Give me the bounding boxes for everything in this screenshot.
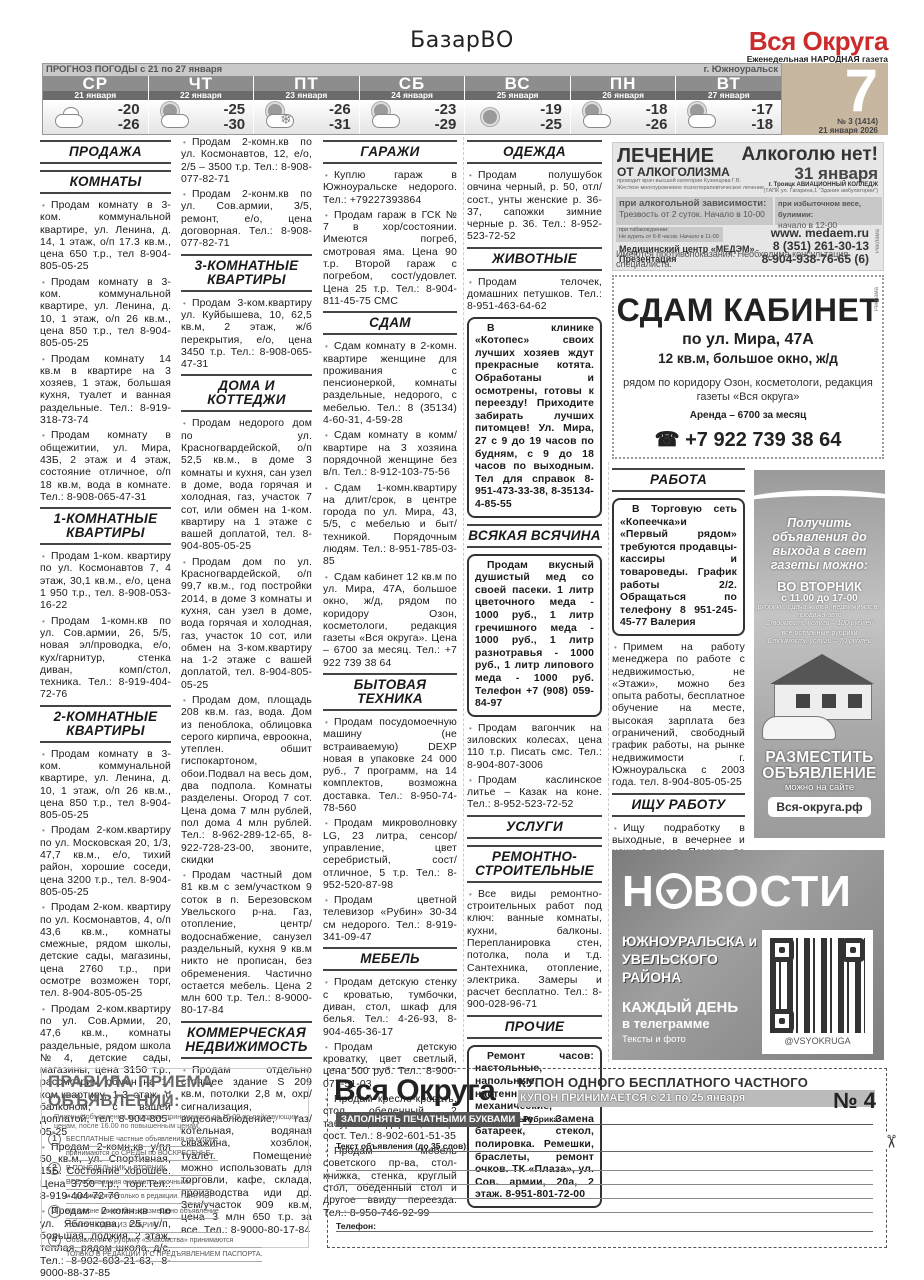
rubric-houses: ДОМА И КОТТЕДЖИ	[181, 374, 312, 412]
coupon-rubric-field[interactable]: Рубрика	[523, 1114, 873, 1125]
classified-ad: Продам 3-ком.квартиру ул. Куйбышева, 10,…	[181, 298, 312, 372]
classified-ad: Продам недорого дом по ул. Красногвардей…	[181, 418, 312, 553]
weather-day-name: СБ	[360, 76, 465, 91]
rent-title: СДАМ КАБИНЕТ	[614, 293, 882, 327]
classified-ad: Сдам кабинет 12 кв.м по ул. Мира, 47А, б…	[323, 572, 457, 670]
rubric-commercial: КОММЕРЧЕСКАЯ НЕДВИЖИМОСТЬ	[181, 1021, 312, 1059]
column-4: ОДЕЖДА Продам полушубок овчина черный, р…	[467, 137, 602, 1214]
coupon-text-label: Текст объявления (до 35 слов):	[336, 1141, 469, 1151]
classified-ad: Продам 2-ком.квартиру по ул. Московская …	[40, 825, 171, 899]
classified-ad: Продам комнату в общежитии, ул. Мира, 43…	[40, 430, 171, 504]
classified-ad: Продам комнату в 3-ком. коммунальной ква…	[40, 749, 171, 823]
rubric-garages: ГАРАЖИ	[323, 140, 457, 164]
weather-day: СБ 24 января -23-29	[360, 76, 466, 134]
weather-day-date: 24 января	[360, 91, 465, 100]
temp-high: -26	[329, 102, 351, 117]
rubric-furniture: МЕБЕЛЬ	[323, 947, 457, 971]
classified-ad: Продам комнату 14 кв.м в квартире на 3 х…	[40, 354, 171, 428]
weather-day: ПН 26 января -18-26	[571, 76, 677, 134]
rule-item: 1 БЕСПЛАТНЫЕ частные объявления на купон…	[48, 1133, 302, 1161]
rubric-appliances: БЫТОВАЯ ТЕХНИКА	[323, 673, 457, 711]
rent-phone: ☎ +7 922 739 38 64	[614, 427, 882, 452]
partly-cloudy-icon	[686, 104, 720, 130]
temp-high: -17	[751, 102, 773, 117]
temp-low: -26	[118, 117, 140, 132]
coupon-logo: Вся Округа	[334, 1074, 495, 1108]
weather-day: СР 21 января -20-26	[43, 76, 149, 134]
coupon-text-line[interactable]	[336, 1212, 873, 1213]
partly-cloudy-icon	[581, 104, 615, 130]
temp-high: -25	[223, 102, 245, 117]
rent-size: 12 кв.м, большое окно, ж/д	[614, 351, 882, 366]
weather-day-date: 22 января	[149, 91, 254, 100]
classified-ad: Продам дом по ул. Красногвардейской, о/п…	[181, 557, 312, 692]
rubric-animals: ЖИВОТНЫЕ	[467, 247, 602, 271]
classified-ad: Все виды ремонтно-строительных работ под…	[467, 889, 602, 1012]
weather-day-name: ВТ	[676, 76, 781, 91]
classified-ad: Продам гараж в ГСК № 7 в хор/состоянии. …	[323, 210, 457, 308]
coupon-phone-field[interactable]: Телефон:	[336, 1221, 873, 1232]
rubric-misc: ВСЯКАЯ ВСЯЧИНА	[467, 524, 602, 548]
classified-ad: Продам посудомоечную машину (не встраива…	[323, 717, 457, 815]
weather-day: ВТ 27 января -17-18	[676, 76, 781, 134]
page-number: 7	[782, 63, 878, 119]
weather-day-name: ПН	[571, 76, 676, 91]
classified-ad: Продам комнату в 3-ком. коммунальной ква…	[40, 277, 171, 351]
snow-icon: ❄	[264, 104, 298, 130]
promo-other: все остальные рубрики	[754, 630, 885, 638]
classified-ad: Примем на работу менеджера по работе с н…	[612, 642, 745, 790]
telegram-icon	[656, 873, 692, 909]
temp-low: -30	[223, 117, 245, 132]
alco-weight-label: при избыточном весе, булимии:	[778, 198, 879, 220]
alco-warning: Имеются противопоказания. Необходима кон…	[616, 249, 883, 269]
classified-ad: Куплю гараж в Южноуральске недорого. Тел…	[323, 170, 457, 207]
classified-ad: Продам 2-конм.кв по ул. Сов.армии, 3/5, …	[181, 189, 312, 250]
weather-day: ПТ 23 января ❄ -26-31	[254, 76, 360, 134]
rubric-work: РАБОТА	[612, 468, 745, 492]
rubric-other: ПРОЧИЕ	[467, 1015, 602, 1039]
column-3: ГАРАЖИ Куплю гараж в Южноуральске недоро…	[323, 137, 457, 1223]
coupon-text-line[interactable]	[336, 1184, 873, 1185]
weather-day: ВС 25 января -19-25	[465, 76, 571, 134]
ad-label: Реклама	[874, 287, 880, 311]
ad-rules: ПРАВИЛА ПРИЕМА ОБЪЯВЛЕНИЙ: Платные объяв…	[41, 1068, 309, 1248]
promo-cta: РАЗМЕСТИТЬ ОБЪЯВЛЕНИЕ	[754, 750, 885, 782]
alco-dependency-label: при алкогольной зависимости:	[619, 198, 770, 209]
promo-site-label: можно на сайте	[754, 782, 885, 793]
issue-number: № 3 (1414)	[782, 117, 878, 126]
ad-promo-early-access: Получить объявления до выхода в свет газ…	[754, 470, 885, 838]
rubric-two-room: 2-КОМНАТНЫЕ КВАРТИРЫ	[40, 705, 171, 743]
temp-low: -18	[751, 117, 773, 132]
column-divider	[463, 137, 464, 1062]
temp-low: -26	[646, 117, 668, 132]
rubric-services: УСЛУГИ	[467, 815, 602, 839]
cloudy-icon	[53, 104, 87, 130]
house-car-illustration	[756, 654, 884, 746]
classified-ad: Продам микроволновку LG, 23 литра, сенсо…	[323, 818, 457, 892]
coupon-text-line[interactable]	[336, 1170, 873, 1171]
boxed-ad-kotopes: В клинике «Котопес» своих лучших хозяев …	[467, 317, 602, 518]
classified-ad: Продам полушубок овчина черный, р. 50, о…	[467, 170, 602, 244]
coupon-text-line[interactable]	[336, 1198, 873, 1199]
rules-intro: Платные объявления во вторник принимаютс…	[54, 1112, 302, 1130]
classified-ad: Продам дом, площадь 208 кв.м. газ, вода.…	[181, 695, 312, 867]
promo-time: с 11.00 до 17-00	[754, 593, 885, 604]
temp-low: -31	[329, 117, 351, 132]
rules-title: ПРАВИЛА ПРИЕМА ОБЪЯВЛЕНИЙ:	[48, 1072, 302, 1110]
promo-cost-2: Стоимость услуги – 70 рублей	[754, 638, 885, 646]
alco-smoking-text: Не курить от 6-8 часов. Начало в 11-00	[619, 234, 720, 241]
rubric-rooms: КОМНАТЫ	[40, 170, 171, 194]
coupon-rubric-label: Рубрика	[523, 1114, 558, 1124]
weather-day-date: 27 января	[676, 91, 781, 100]
promo-headline: Получить объявления до выхода в свет газ…	[754, 516, 885, 572]
free-ad-coupon: Вся Округа КУПОН ОДНОГО БЕСПЛАТНОГО ЧАСТ…	[327, 1068, 887, 1248]
promo-cost-1: Стоимость услуги – 100 рублей	[754, 620, 885, 628]
classified-ad: Сдам комнату в комм/квартире на 3 хозяин…	[323, 430, 457, 479]
ad-telegram-news: НВОСТИ ЮЖНОУРАЛЬСКА и УВЕЛЬСКОГО РАЙОНА …	[612, 850, 884, 1060]
issue-date: 21 января 2026	[782, 126, 878, 135]
qr-code[interactable]: @VSYOKRUGA	[762, 930, 873, 1054]
news-media: Тексты и фото	[622, 1034, 686, 1045]
rule-item: 2 В ПОНЕДЕЛЬНИК и ВТОРНИКВСЕ объявления …	[48, 1162, 302, 1204]
issue-info: 7 № 3 (1414) 21 января 2026	[782, 63, 888, 135]
rubric-repair: РЕМОНТНО-СТРОИТЕЛЬНЫЕ	[467, 845, 602, 883]
scissors-icon: ✂	[880, 1134, 901, 1149]
news-title: НВОСТИ	[622, 870, 852, 914]
weather-day-name: ВС	[465, 76, 570, 91]
ad-rent-office: СДАМ КАБИНЕТ по ул. Мира, 47А 12 кв.м, б…	[612, 275, 884, 459]
classified-ad: Продам 2-ком. квартиру по ул. Космонавто…	[40, 902, 171, 1000]
alco-smoking-label: при табакокурении:	[619, 227, 720, 234]
column-divider	[608, 462, 609, 1062]
rubric-clothing: ОДЕЖДА	[467, 140, 602, 164]
classified-ad: Продам комнату в 3-ком. коммунальной ква…	[40, 200, 171, 274]
alco-place-addr: (ТАПК ул. Гагарина,1 "Здание амбулатории…	[742, 188, 878, 195]
news-region: ЮЖНОУРАЛЬСКА и УВЕЛЬСКОГО РАЙОНА	[622, 932, 767, 986]
temp-high: -18	[646, 102, 668, 117]
sunny-icon	[475, 104, 509, 130]
alco-dependency-text: Трезвость от 2 суток. Начало в 10-00	[619, 209, 770, 219]
classified-ad: Продам каслинское литье – Казак на коне.…	[467, 775, 602, 812]
rubric-three-room: 3-КОМНАТНЫЕ КВАРТИРЫ	[181, 254, 312, 292]
coupon-fill-instruction: ЗАПОЛНЯТЬ ПЕЧАТНЫМИ БУКВАМИ	[336, 1112, 520, 1127]
classified-ad: Продам 1-комн.кв по ул. Сов.армии, 26, 5…	[40, 616, 171, 702]
temp-low: -29	[435, 117, 457, 132]
classified-ad: Продам детскую стенку с кроватью, тумбоч…	[323, 977, 457, 1038]
temp-low: -25	[540, 117, 562, 132]
weather-day-date: 26 января	[571, 91, 676, 100]
rule-item: 4 Объявления в рубрику «Знакомства» прин…	[48, 1234, 302, 1262]
coupon-phone-label: Телефон:	[336, 1221, 376, 1231]
weather-day-date: 21 января	[43, 91, 148, 100]
weather-day-name: ЧТ	[149, 76, 254, 91]
news-daily: КАЖДЫЙ ДЕНЬ	[622, 1000, 738, 1016]
coupon-period: КУПОН ПРИНИМАЕТСЯ с 21 по 25 января	[520, 1090, 745, 1106]
weather-day-date: 25 января	[465, 91, 570, 100]
rubric-sale: ПРОДАЖА	[40, 140, 171, 164]
rent-price: Аренда – 6700 за месяц	[614, 410, 882, 421]
temp-high: -19	[540, 102, 562, 117]
classified-ad: Продам цветной телевизор «Рубин» 30-34 с…	[323, 895, 457, 944]
classified-ad: Продам вагончик на зиловских колесах, це…	[467, 723, 602, 772]
coupon-text-field[interactable]: Текст объявления (до 35 слов):	[336, 1141, 873, 1152]
boxed-ad-kopeechka: В Торговую сеть «Копеечка»и «Первый рядо…	[612, 498, 745, 636]
telegram-handle: @VSYOKRUGA	[770, 1036, 865, 1046]
rent-address: по ул. Мира, 47А	[614, 331, 882, 349]
promo-rubrics: рубрики: сдача жилья, недвижимость, прод…	[754, 604, 885, 620]
classified-ad: Сдам комнату в 2-комн. квартире женщине …	[323, 341, 457, 427]
classified-ad: Сдам 1-комн.квартиру на длит/срок, в цен…	[323, 483, 457, 569]
weather-day: ЧТ 22 января -25-30	[149, 76, 255, 134]
classified-ad: Продам 1-ком. квартиру по ул. Космонавто…	[40, 551, 171, 612]
rent-nearby: рядом по коридору Озон, косметологи, ред…	[614, 376, 882, 404]
news-channel: в телеграмме	[622, 1016, 710, 1031]
temp-high: -23	[435, 102, 457, 117]
rubric-one-room: 1-КОМНАТНЫЕ КВАРТИРЫ	[40, 507, 171, 545]
alco-slogan: Алкоголю нет!	[742, 145, 878, 165]
alco-date: 31 января	[742, 165, 878, 182]
weather-day-date: 23 января	[254, 91, 359, 100]
promo-site-link[interactable]: Вся-округа.рф	[768, 797, 870, 817]
rubric-rent: СДАМ	[323, 311, 457, 335]
promo-day: ВО ВТОРНИК	[754, 580, 885, 593]
temp-high: -20	[118, 102, 140, 117]
car-icon	[762, 716, 836, 740]
boxed-ad-honey: Продам вкусный душистый мед со своей пас…	[467, 554, 602, 717]
classified-ad: Продам частный дом 81 кв.м с зем/участко…	[181, 870, 312, 1018]
partly-cloudy-icon	[370, 104, 404, 130]
partly-cloudy-icon	[159, 104, 193, 130]
brand-logo: Вся Округа	[747, 28, 888, 54]
rubric-seek-work: ИЩУ РАБОТУ	[612, 793, 745, 817]
weather-day-name: СР	[43, 76, 148, 91]
ad-alcohol-treatment: ЛЕЧЕНИЕ ОТ АЛКОГОЛИЗМА проводит врач выс…	[612, 142, 884, 271]
weather-forecast: ПРОГНОЗ ПОГОДЫ с 21 по 27 января г. Южно…	[42, 63, 782, 135]
weather-day-name: ПТ	[254, 76, 359, 91]
coupon-number: № 4	[833, 1088, 876, 1114]
classified-ad: Продам телочек, домашних петушков. Тел.:…	[467, 277, 602, 314]
rule-item: 3 На купоне может быть размещено объявле…	[48, 1205, 302, 1233]
classified-ad: Продам 2-комн.кв по ул. Космонавтов, 12,…	[181, 137, 312, 186]
